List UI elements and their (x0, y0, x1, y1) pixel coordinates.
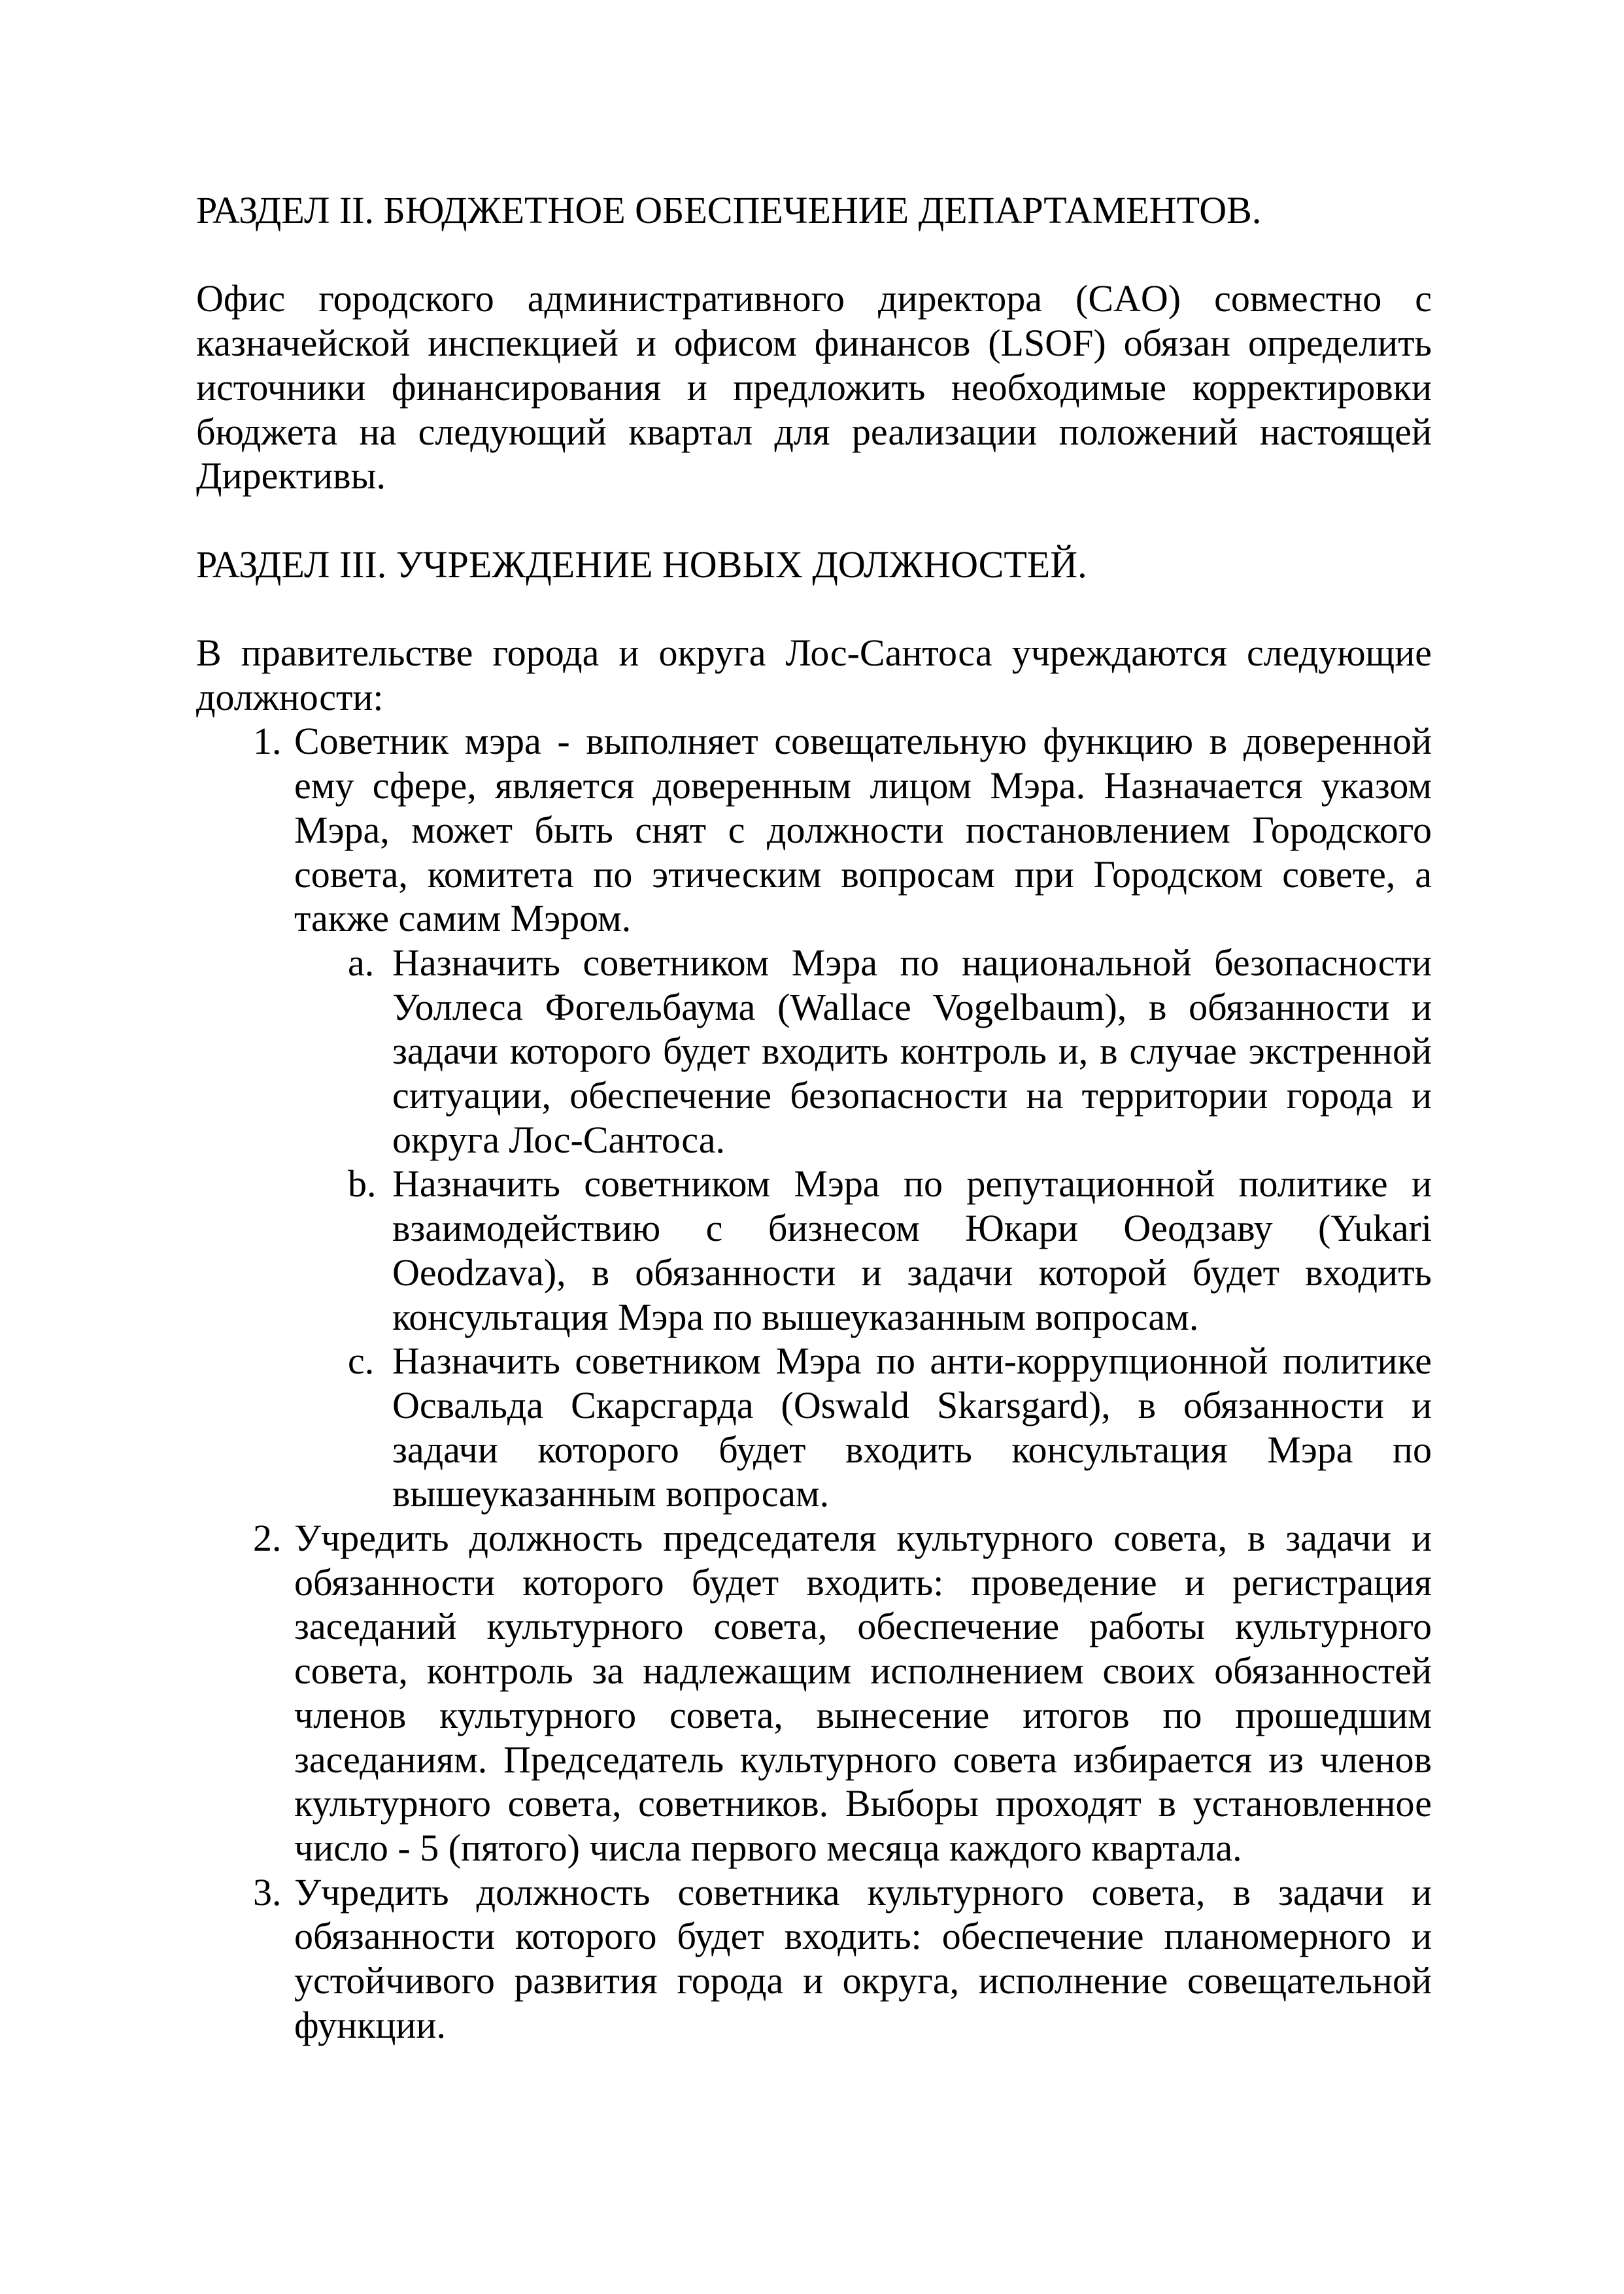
list-item-1: 1.Советник мэра - выполняет совещательну… (196, 719, 1432, 1516)
list-item-2-number: 2. (253, 1516, 282, 1560)
list-item-3-text: Учредить должность советника культурного… (294, 1871, 1432, 2046)
sublist-item-b-text: Назначить советником Мэра по репутационн… (392, 1162, 1432, 1338)
sublist-item-b-letter: b. (348, 1162, 377, 1206)
section-ii-heading: РАЗДЕЛ II. БЮДЖЕТНОЕ ОБЕСПЕЧЕНИЕ ДЕПАРТА… (196, 188, 1432, 233)
sublist-item-a-letter: a. (348, 941, 374, 985)
sublist-item-c: c.Назначить советником Мэра по анти-корр… (294, 1339, 1432, 1516)
section-iii-intro-paragraph: В правительстве города и округа Лос-Сант… (196, 631, 1432, 719)
list-item-1-number: 1. (253, 719, 282, 764)
sublist-item-c-letter: c. (348, 1339, 374, 1383)
section-ii-paragraph: Офис городского административного директ… (196, 277, 1432, 498)
sublist-item-c-text: Назначить советником Мэра по анти-корруп… (392, 1340, 1432, 1515)
sublist-item-b: b.Назначить советником Мэра по репутацио… (294, 1162, 1432, 1339)
advisors-sublist: a.Назначить советником Мэра по националь… (294, 941, 1432, 1516)
section-iii-heading: РАЗДЕЛ III. УЧРЕЖДЕНИЕ НОВЫХ ДОЛЖНОСТЕЙ. (196, 543, 1432, 587)
list-item-2: 2.Учредить должность председателя культу… (196, 1516, 1432, 1870)
sublist-item-a: a.Назначить советником Мэра по националь… (294, 941, 1432, 1162)
new-positions-list: 1.Советник мэра - выполняет совещательну… (196, 719, 1432, 2047)
list-item-3-number: 3. (253, 1870, 282, 1915)
list-item-3: 3.Учредить должность советника культурно… (196, 1870, 1432, 2048)
document-page: РАЗДЕЛ II. БЮДЖЕТНОЕ ОБЕСПЕЧЕНИЕ ДЕПАРТА… (0, 0, 1624, 2294)
list-item-1-text: Советник мэра - выполняет совещательную … (294, 720, 1432, 939)
sublist-item-a-text: Назначить советником Мэра по национально… (392, 941, 1432, 1161)
list-item-2-text: Учредить должность председателя культурн… (294, 1517, 1432, 1869)
